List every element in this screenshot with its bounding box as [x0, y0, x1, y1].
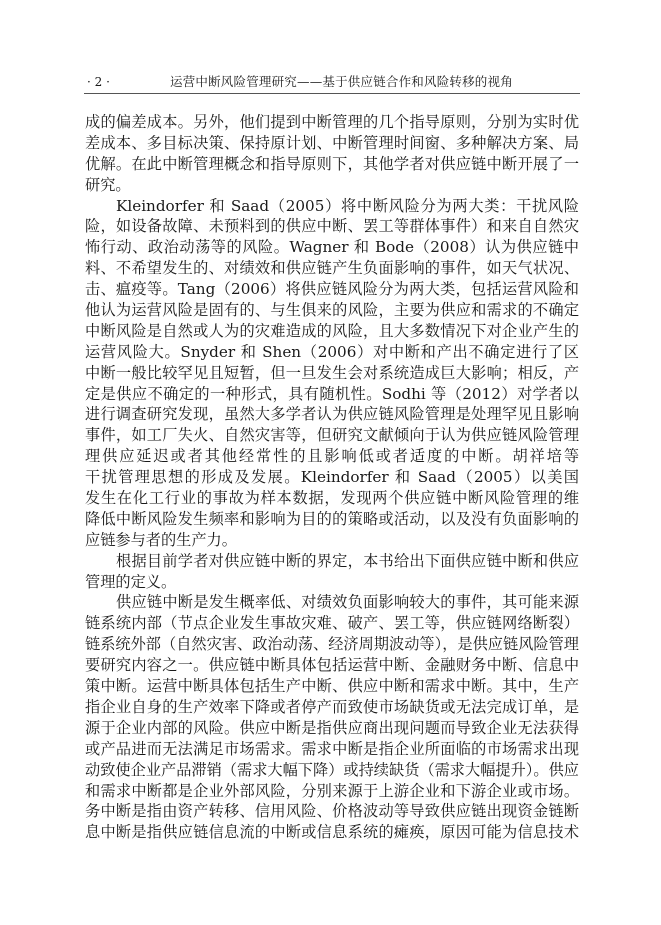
- page-number: · 2 ·: [87, 73, 110, 91]
- header-rule: [84, 93, 580, 94]
- text-line: 供应链中断是发生概率低、对绩效负面影响较大的事件，其可能来源于供应: [85, 592, 579, 613]
- text-line: 成的偏差成本。另外，他们提到中断管理的几个指导原则，分别为实时优化、偏: [85, 112, 579, 133]
- text-line: 息中断是指供应链信息流的中断或信息系统的瘫痪，原因可能为信息技术设备出: [85, 822, 579, 843]
- text-line: 源于企业内部的风险。供应中断是指供应商出现问题而导致企业无法获得原材料: [85, 718, 579, 739]
- text-line: 干扰管理思想的形成及发展。Kleindorfer 和 Saad（2005）以美国…: [85, 467, 579, 488]
- text-line: 链系统内部（节点企业发生事故灾难、破产、罢工等，供应链网络断裂）和供应: [85, 613, 579, 634]
- text-line: 进行调查研究发现，虽然大多学者认为供应链风险管理是处理罕见且影响巨大的: [85, 404, 579, 425]
- text-line: 指企业自身的生产效率下降或者停产而致使市场缺货或无法完成订单，是一种来: [85, 697, 579, 718]
- text-line: 中断风险是自然或人为的灾难造成的风险，且大多数情况下对企业产生的影响比: [85, 321, 579, 342]
- text-line: 务中断是指由资产转移、信用风险、价格波动等导致供应链出现资金链断裂。信: [85, 801, 579, 822]
- text-line: 击、瘟疫等。Tang（2006）将供应链风险分为两大类，包括运营风险和中断风险。: [85, 279, 579, 300]
- text-line: 发生在化工行业的事故为样本数据，发现两个供应链中断风险管理的维度，即以: [85, 488, 579, 509]
- text-line: 料、不希望发生的、对绩效和供应链产生负面影响的事件，如天气状况、恐怖袭: [85, 258, 579, 279]
- running-title: 运营中断风险管理研究——基于供应链合作和风险转移的视角: [170, 73, 513, 91]
- text-line: 策中断。运营中断具体包括生产中断、供应中断和需求中断。其中，生产中断是: [85, 676, 579, 697]
- text-line: 降低中断风险发生频率和影响为目的的策略或活动，以及没有负面影响的提高供: [85, 509, 579, 530]
- text-line: Kleindorfer 和 Saad（2005）将中断风险分为两大类：干扰风险（…: [85, 196, 579, 217]
- text-line: 动致使企业产品滞销（需求大幅下降）或持续缺货（需求大幅提升）。供应中断: [85, 760, 579, 781]
- text-line: 和需求中断都是企业外部风险，分别来源于上游企业和下游企业或市场。金融财: [85, 781, 579, 802]
- text-line: 要研究内容之一。供应链中断具体包括运营中断、金融财务中断、信息中断、决: [85, 655, 579, 676]
- text-line: 链系统外部（自然灾害、政治动荡、经济周期波动等），是供应链风险管理的主: [85, 634, 579, 655]
- text-line: 或产品进而无法满足市场需求。需求中断是指企业所面临的市场需求出现异常波: [85, 739, 579, 760]
- text-line: 运营风险大。Snyder 和 Shen（2006）对中断和产出不确定进行了区分。…: [85, 342, 579, 363]
- text-line: 研究。: [85, 175, 579, 196]
- text-line: 事件，如工厂失火、自然灾害等，但研究文献倾向于认为供应链风险管理集中处: [85, 425, 579, 446]
- text-line: 怖行动、政治动荡等的风险。Wagner 和 Bode（2008）认为供应链中断是…: [85, 237, 579, 258]
- text-line: 差成本、多目标决策、保持原计划、中断管理时间窗、多种解决方案、局部最: [85, 133, 579, 154]
- text-line: 理供应延迟或者其他经常性的且影响低或者适度的中断。胡祥培等（2007）概述: [85, 446, 579, 467]
- text-line: 管理的定义。: [85, 572, 579, 593]
- text-line: 根据目前学者对供应链中断的界定，本书给出下面供应链中断和供应链中断: [85, 551, 579, 572]
- text-line: 优解。在此中断管理概念和指导原则下，其他学者对供应链中断开展了一系列的: [85, 154, 579, 175]
- text-line: 他认为运营风险是固有的、与生俱来的风险，主要为供应和需求的不确定性；而: [85, 300, 579, 321]
- text-line: 定是供应不确定的一种形式，具有随机性。Sodhi 等（2012）对学者以及相关文…: [85, 384, 579, 405]
- text-line: 险，如设备故障、未预料到的供应中断、罢工等群体事件）和来自自然灾害、恐: [85, 216, 579, 237]
- running-header: · 2 · 运营中断风险管理研究——基于供应链合作和风险转移的视角: [84, 73, 580, 93]
- text-line: 中断一般比较罕见且短暂，但一旦发生会对系统造成巨大影响；相反，产出不确: [85, 363, 579, 384]
- body-text: 成的偏差成本。另外，他们提到中断管理的几个指导原则，分别为实时优化、偏差成本、多…: [85, 112, 579, 843]
- text-line: 应链参与者的生产力。: [85, 530, 579, 551]
